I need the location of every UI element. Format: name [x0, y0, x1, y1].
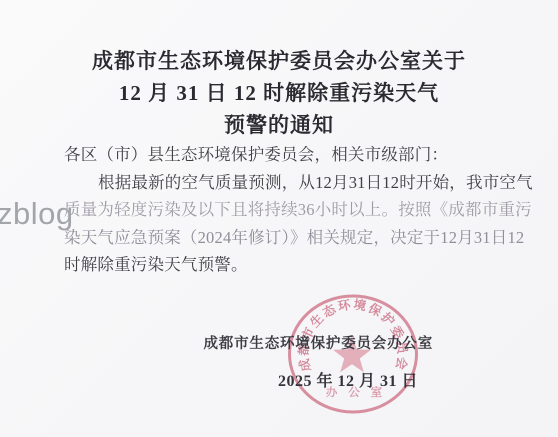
- body-line: 染天气应急预案（2024年修订）》相关规定，决定于12月31日12: [64, 224, 506, 252]
- document-page: zblog 成都市生态环境保护委员会办公室关于 12 月 31 日 12 时解除…: [0, 0, 558, 437]
- body-line: 时解除重污染天气预警。: [64, 251, 506, 279]
- issuer-signature: 成都市生态环境保护委员会办公室: [0, 332, 433, 353]
- official-seal: 成都市生态环境保护委员会 办 公 室: [285, 293, 421, 419]
- document-body: 各区（市）县生态环境保护委员会，相关市级部门： 根据最新的空气质量预测，从12月…: [64, 141, 506, 279]
- title-line-2: 12 月 31 日 12 时解除重污染天气: [0, 77, 558, 109]
- title-line-1: 成都市生态环境保护委员会办公室关于: [0, 45, 558, 77]
- body-line: 根据最新的空气质量预测，从12月31日12时开始，我市空气: [64, 169, 506, 197]
- document-date: 2025 年 12 月 31 日: [278, 368, 418, 391]
- document-title: 成都市生态环境保护委员会办公室关于 12 月 31 日 12 时解除重污染天气 …: [0, 45, 558, 141]
- body-line: 质量为轻度污染及以下且将持续36小时以上。按照《成都市重污: [64, 196, 506, 224]
- title-line-3: 预警的通知: [0, 109, 558, 141]
- salutation-line: 各区（市）县生态环境保护委员会，相关市级部门：: [64, 141, 506, 169]
- watermark-text: zblog: [0, 196, 74, 232]
